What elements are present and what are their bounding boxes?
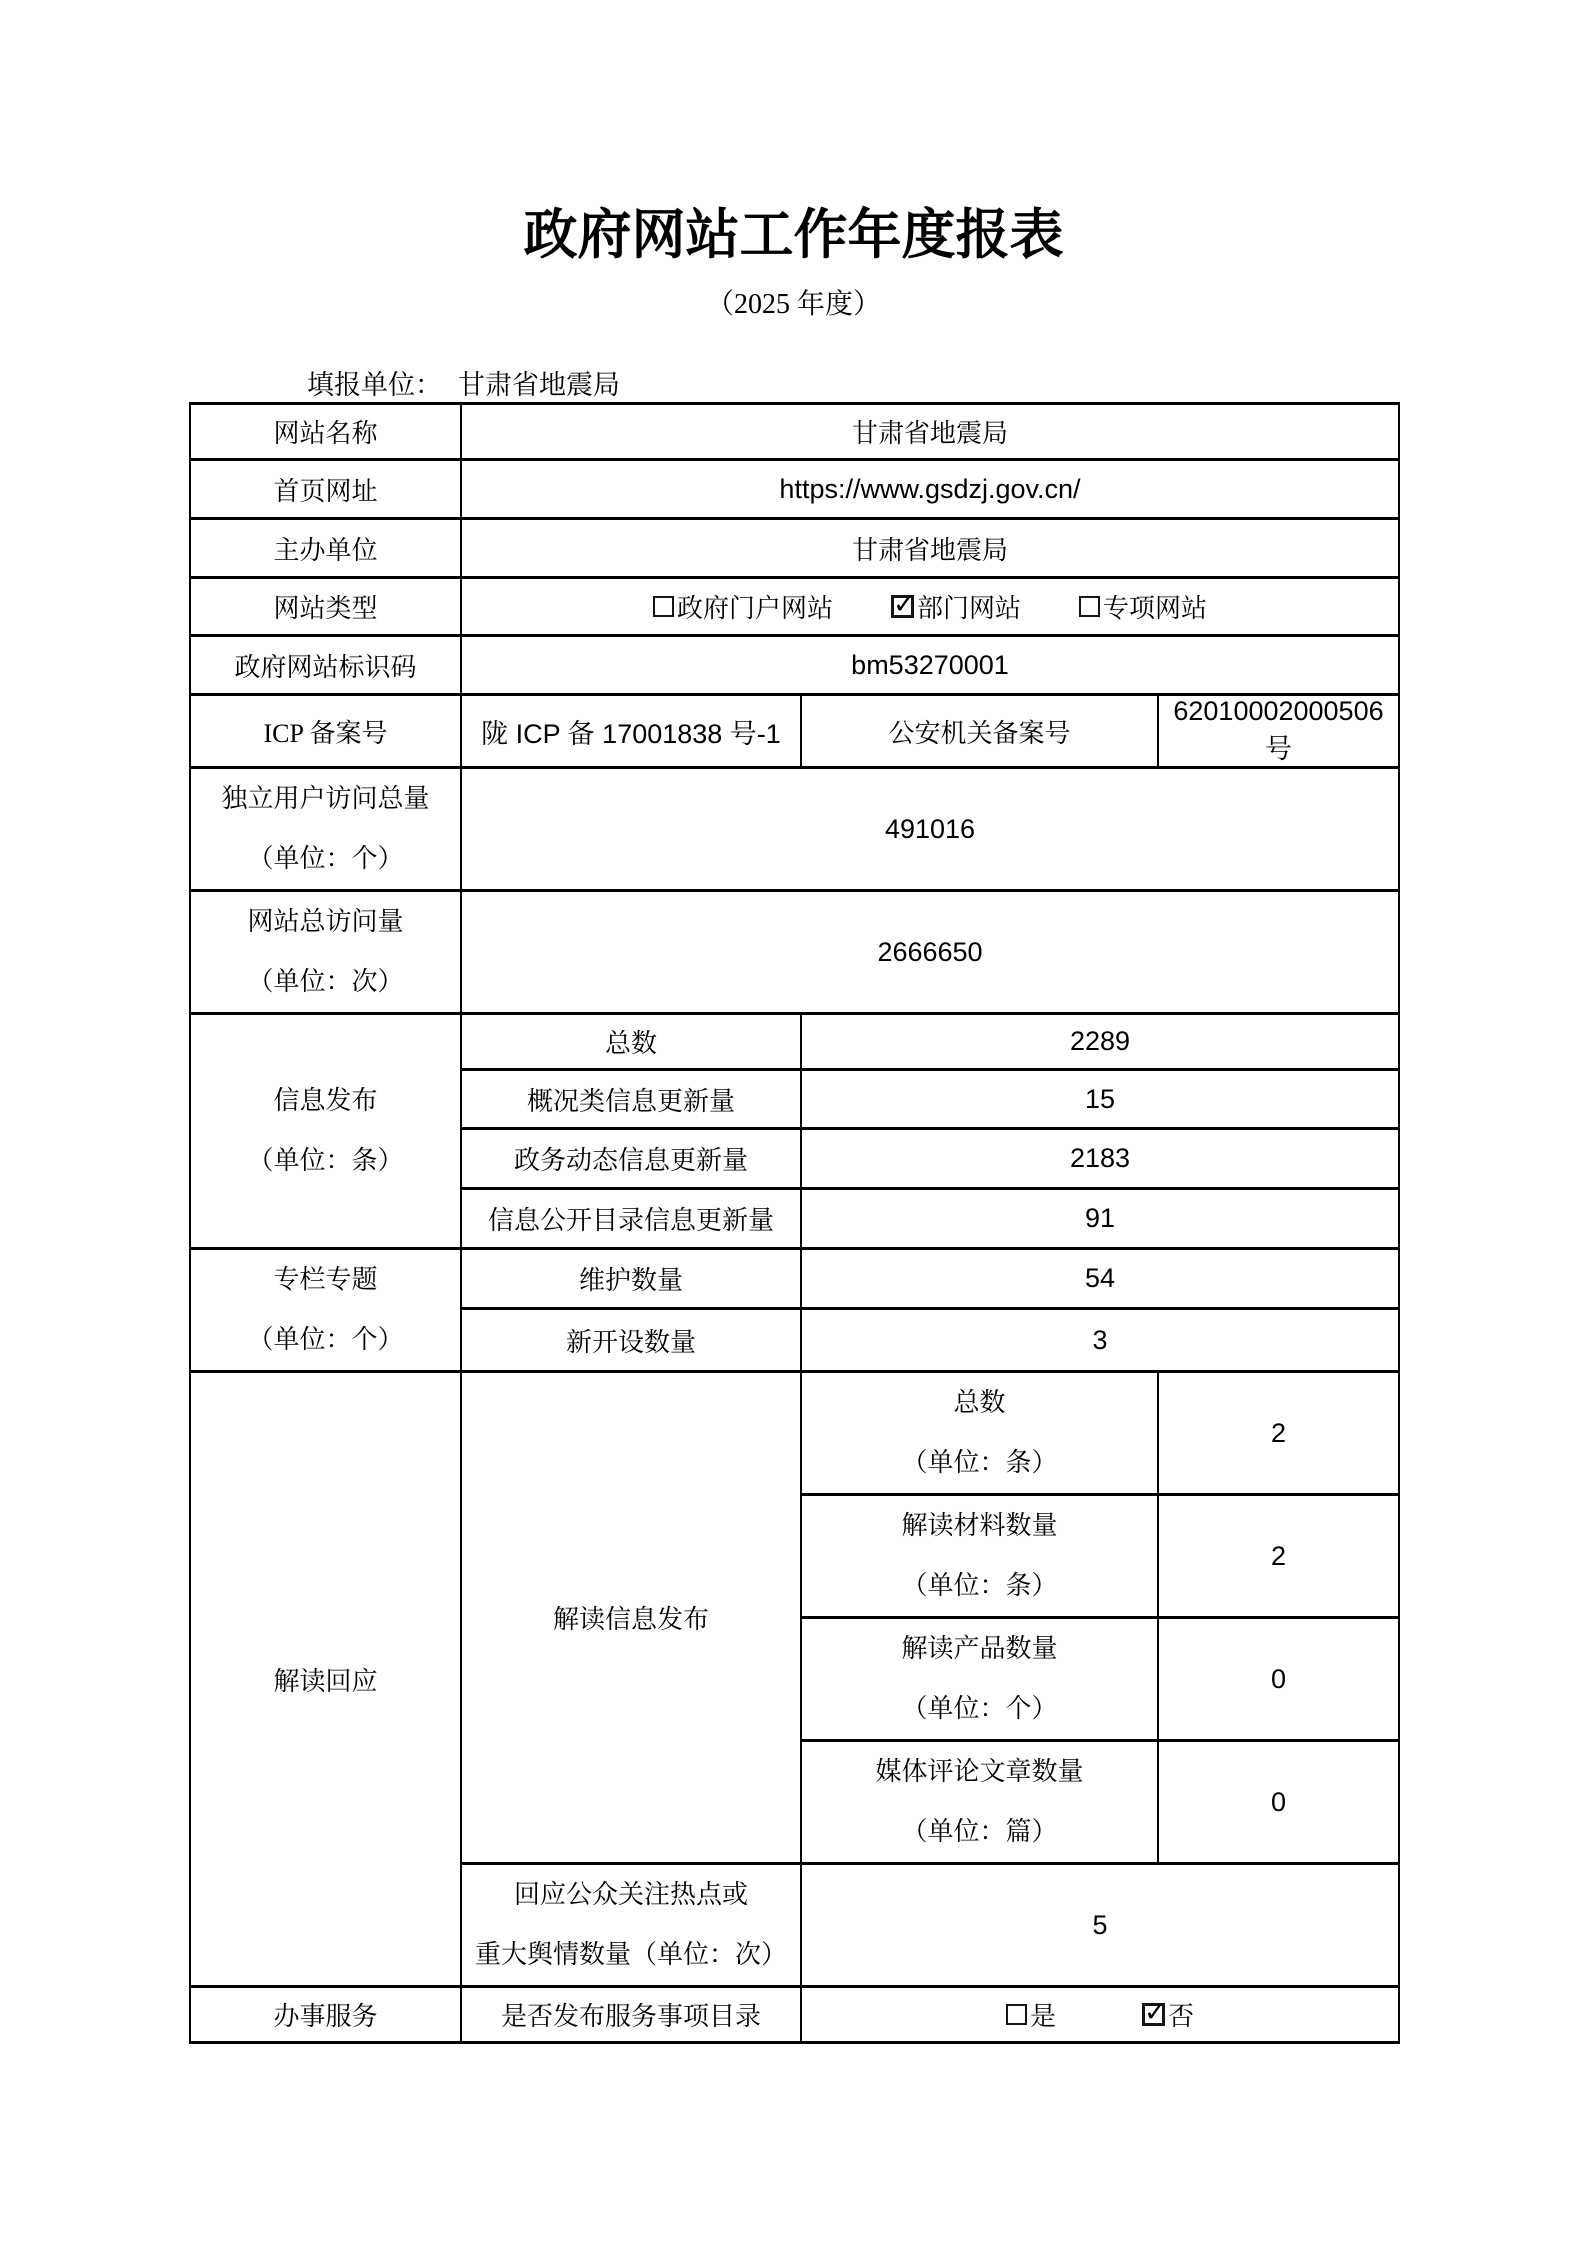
info-publish-news-value: 2183: [801, 1129, 1399, 1189]
row-total-visits: 网站总访问量 （单位：次） 2666650: [190, 891, 1399, 1014]
topics-maintained-value: 54: [801, 1249, 1399, 1309]
document-page: 政府网站工作年度报表 （2025 年度） 填报单位：甘肃省地震局 网站名称 甘肃…: [0, 0, 1587, 2245]
site-type-option-department: 部门网站: [891, 588, 1021, 625]
interp-media-label-line1: 媒体评论文章数量: [802, 1742, 1157, 1802]
row-icp: ICP 备案号 陇 ICP 备 17001838 号-1 公安机关备案号 620…: [190, 695, 1399, 768]
special-site-checkbox: [1079, 596, 1100, 617]
organizer-value: 甘肃省地震局: [461, 519, 1399, 578]
icp-label: ICP 备案号: [190, 695, 461, 768]
homepage-value: https://www.gsdzj.gov.cn/: [461, 460, 1399, 519]
info-publish-label-line1: 信息发布: [191, 1071, 460, 1131]
interp-hotspot-label: 回应公众关注热点或 重大舆情数量（单位：次）: [461, 1864, 801, 1987]
service-option-no: 否: [1142, 1996, 1194, 2033]
row-site-name: 网站名称 甘肃省地震局: [190, 404, 1399, 460]
homepage-label: 首页网址: [190, 460, 461, 519]
icp-value: 陇 ICP 备 17001838 号-1: [461, 695, 801, 768]
site-id-value: bm53270001: [461, 636, 1399, 695]
police-record-label: 公安机关备案号: [801, 695, 1158, 768]
columns-topics-label-line2: （单位：个）: [191, 1310, 460, 1370]
row-site-type: 网站类型 政府门户网站 部门网站 专项网站: [190, 578, 1399, 636]
row-homepage: 首页网址 https://www.gsdzj.gov.cn/: [190, 460, 1399, 519]
report-table: 网站名称 甘肃省地震局 首页网址 https://www.gsdzj.gov.c…: [189, 402, 1400, 2044]
info-publish-total-value: 2289: [801, 1014, 1399, 1070]
topics-new-value: 3: [801, 1309, 1399, 1372]
row-topics-maintained: 专栏专题 （单位：个） 维护数量 54: [190, 1249, 1399, 1309]
interp-total-value: 2: [1158, 1372, 1399, 1495]
organizer-label: 主办单位: [190, 519, 461, 578]
interp-product-label-line1: 解读产品数量: [802, 1619, 1157, 1679]
unique-visitors-label-line1: 独立用户访问总量: [191, 769, 460, 829]
interp-hotspot-label-line2: 重大舆情数量（单位：次）: [462, 1925, 800, 1985]
report-unit-line: 填报单位：甘肃省地震局: [307, 363, 620, 402]
topics-maintained-label: 维护数量: [461, 1249, 801, 1309]
interp-total-label-line2: （单位：条）: [802, 1433, 1157, 1493]
row-interp-total: 解读回应 解读信息发布 总数 （单位：条） 2: [190, 1372, 1399, 1495]
interp-product-label: 解读产品数量 （单位：个）: [801, 1618, 1158, 1741]
service-option-yes: 是: [1006, 1996, 1056, 2033]
columns-topics-label: 专栏专题 （单位：个）: [190, 1249, 461, 1372]
service-no-checkbox: [1142, 2003, 1165, 2026]
site-name-value: 甘肃省地震局: [461, 404, 1399, 460]
info-publish-label: 信息发布 （单位：条）: [190, 1014, 461, 1249]
page-title: 政府网站工作年度报表: [0, 206, 1587, 265]
police-record-value: 62010002000506 号: [1158, 695, 1399, 768]
info-publish-overview-label: 概况类信息更新量: [461, 1070, 801, 1129]
service-no-option-label: 否: [1168, 1996, 1194, 2033]
department-site-checkbox: [891, 595, 914, 618]
interp-total-label: 总数 （单位：条）: [801, 1372, 1158, 1495]
service-yes-option-label: 是: [1030, 1996, 1056, 2033]
info-publish-overview-value: 15: [801, 1070, 1399, 1129]
row-unique-visitors: 独立用户访问总量 （单位：个） 491016: [190, 768, 1399, 891]
total-visits-label: 网站总访问量 （单位：次）: [190, 891, 461, 1014]
service-yes-checkbox: [1006, 2004, 1027, 2025]
site-name-label: 网站名称: [190, 404, 461, 460]
total-visits-label-line2: （单位：次）: [191, 952, 460, 1012]
interp-total-label-line1: 总数: [802, 1373, 1157, 1433]
interp-material-label-line1: 解读材料数量: [802, 1496, 1157, 1556]
row-service: 办事服务 是否发布服务事项目录 是 否: [190, 1987, 1399, 2043]
site-type-option-portal: 政府门户网站: [653, 588, 833, 625]
interp-product-value: 0: [1158, 1618, 1399, 1741]
topics-new-label: 新开设数量: [461, 1309, 801, 1372]
interp-media-value: 0: [1158, 1741, 1399, 1864]
columns-topics-label-line1: 专栏专题: [191, 1250, 460, 1310]
department-site-option-label: 部门网站: [917, 588, 1021, 625]
total-visits-value: 2666650: [461, 891, 1399, 1014]
row-info-publish-total: 信息发布 （单位：条） 总数 2289: [190, 1014, 1399, 1070]
interp-media-label: 媒体评论文章数量 （单位：篇）: [801, 1741, 1158, 1864]
service-options: 是 否: [801, 1987, 1399, 2043]
interp-material-label-line2: （单位：条）: [802, 1556, 1157, 1616]
portal-site-checkbox: [653, 596, 674, 617]
report-unit-label: 填报单位：: [307, 370, 442, 400]
site-type-options: 政府门户网站 部门网站 专项网站: [461, 578, 1399, 636]
special-site-option-label: 专项网站: [1103, 588, 1207, 625]
service-item-label: 是否发布服务事项目录: [461, 1987, 801, 2043]
unique-visitors-label: 独立用户访问总量 （单位：个）: [190, 768, 461, 891]
info-publish-total-label: 总数: [461, 1014, 801, 1070]
total-visits-label-line1: 网站总访问量: [191, 892, 460, 952]
interpretation-publish-label: 解读信息发布: [461, 1372, 801, 1864]
info-publish-news-label: 政务动态信息更新量: [461, 1129, 801, 1189]
unique-visitors-label-line2: （单位：个）: [191, 829, 460, 889]
interp-hotspot-value: 5: [801, 1864, 1399, 1987]
site-type-label: 网站类型: [190, 578, 461, 636]
portal-site-option-label: 政府门户网站: [677, 588, 833, 625]
interp-hotspot-label-line1: 回应公众关注热点或: [462, 1865, 800, 1925]
interp-material-value: 2: [1158, 1495, 1399, 1618]
info-publish-catalog-value: 91: [801, 1189, 1399, 1249]
interp-media-label-line2: （单位：篇）: [802, 1802, 1157, 1862]
interp-product-label-line2: （单位：个）: [802, 1679, 1157, 1739]
unique-visitors-value: 491016: [461, 768, 1399, 891]
info-publish-label-line2: （单位：条）: [191, 1131, 460, 1191]
report-unit-value: 甘肃省地震局: [458, 370, 620, 400]
service-label: 办事服务: [190, 1987, 461, 2043]
page-subtitle: （2025 年度）: [0, 282, 1587, 322]
interpretation-label: 解读回应: [190, 1372, 461, 1987]
row-organizer: 主办单位 甘肃省地震局: [190, 519, 1399, 578]
interp-material-label: 解读材料数量 （单位：条）: [801, 1495, 1158, 1618]
info-publish-catalog-label: 信息公开目录信息更新量: [461, 1189, 801, 1249]
site-id-label: 政府网站标识码: [190, 636, 461, 695]
site-type-option-special: 专项网站: [1079, 588, 1207, 625]
row-site-id: 政府网站标识码 bm53270001: [190, 636, 1399, 695]
